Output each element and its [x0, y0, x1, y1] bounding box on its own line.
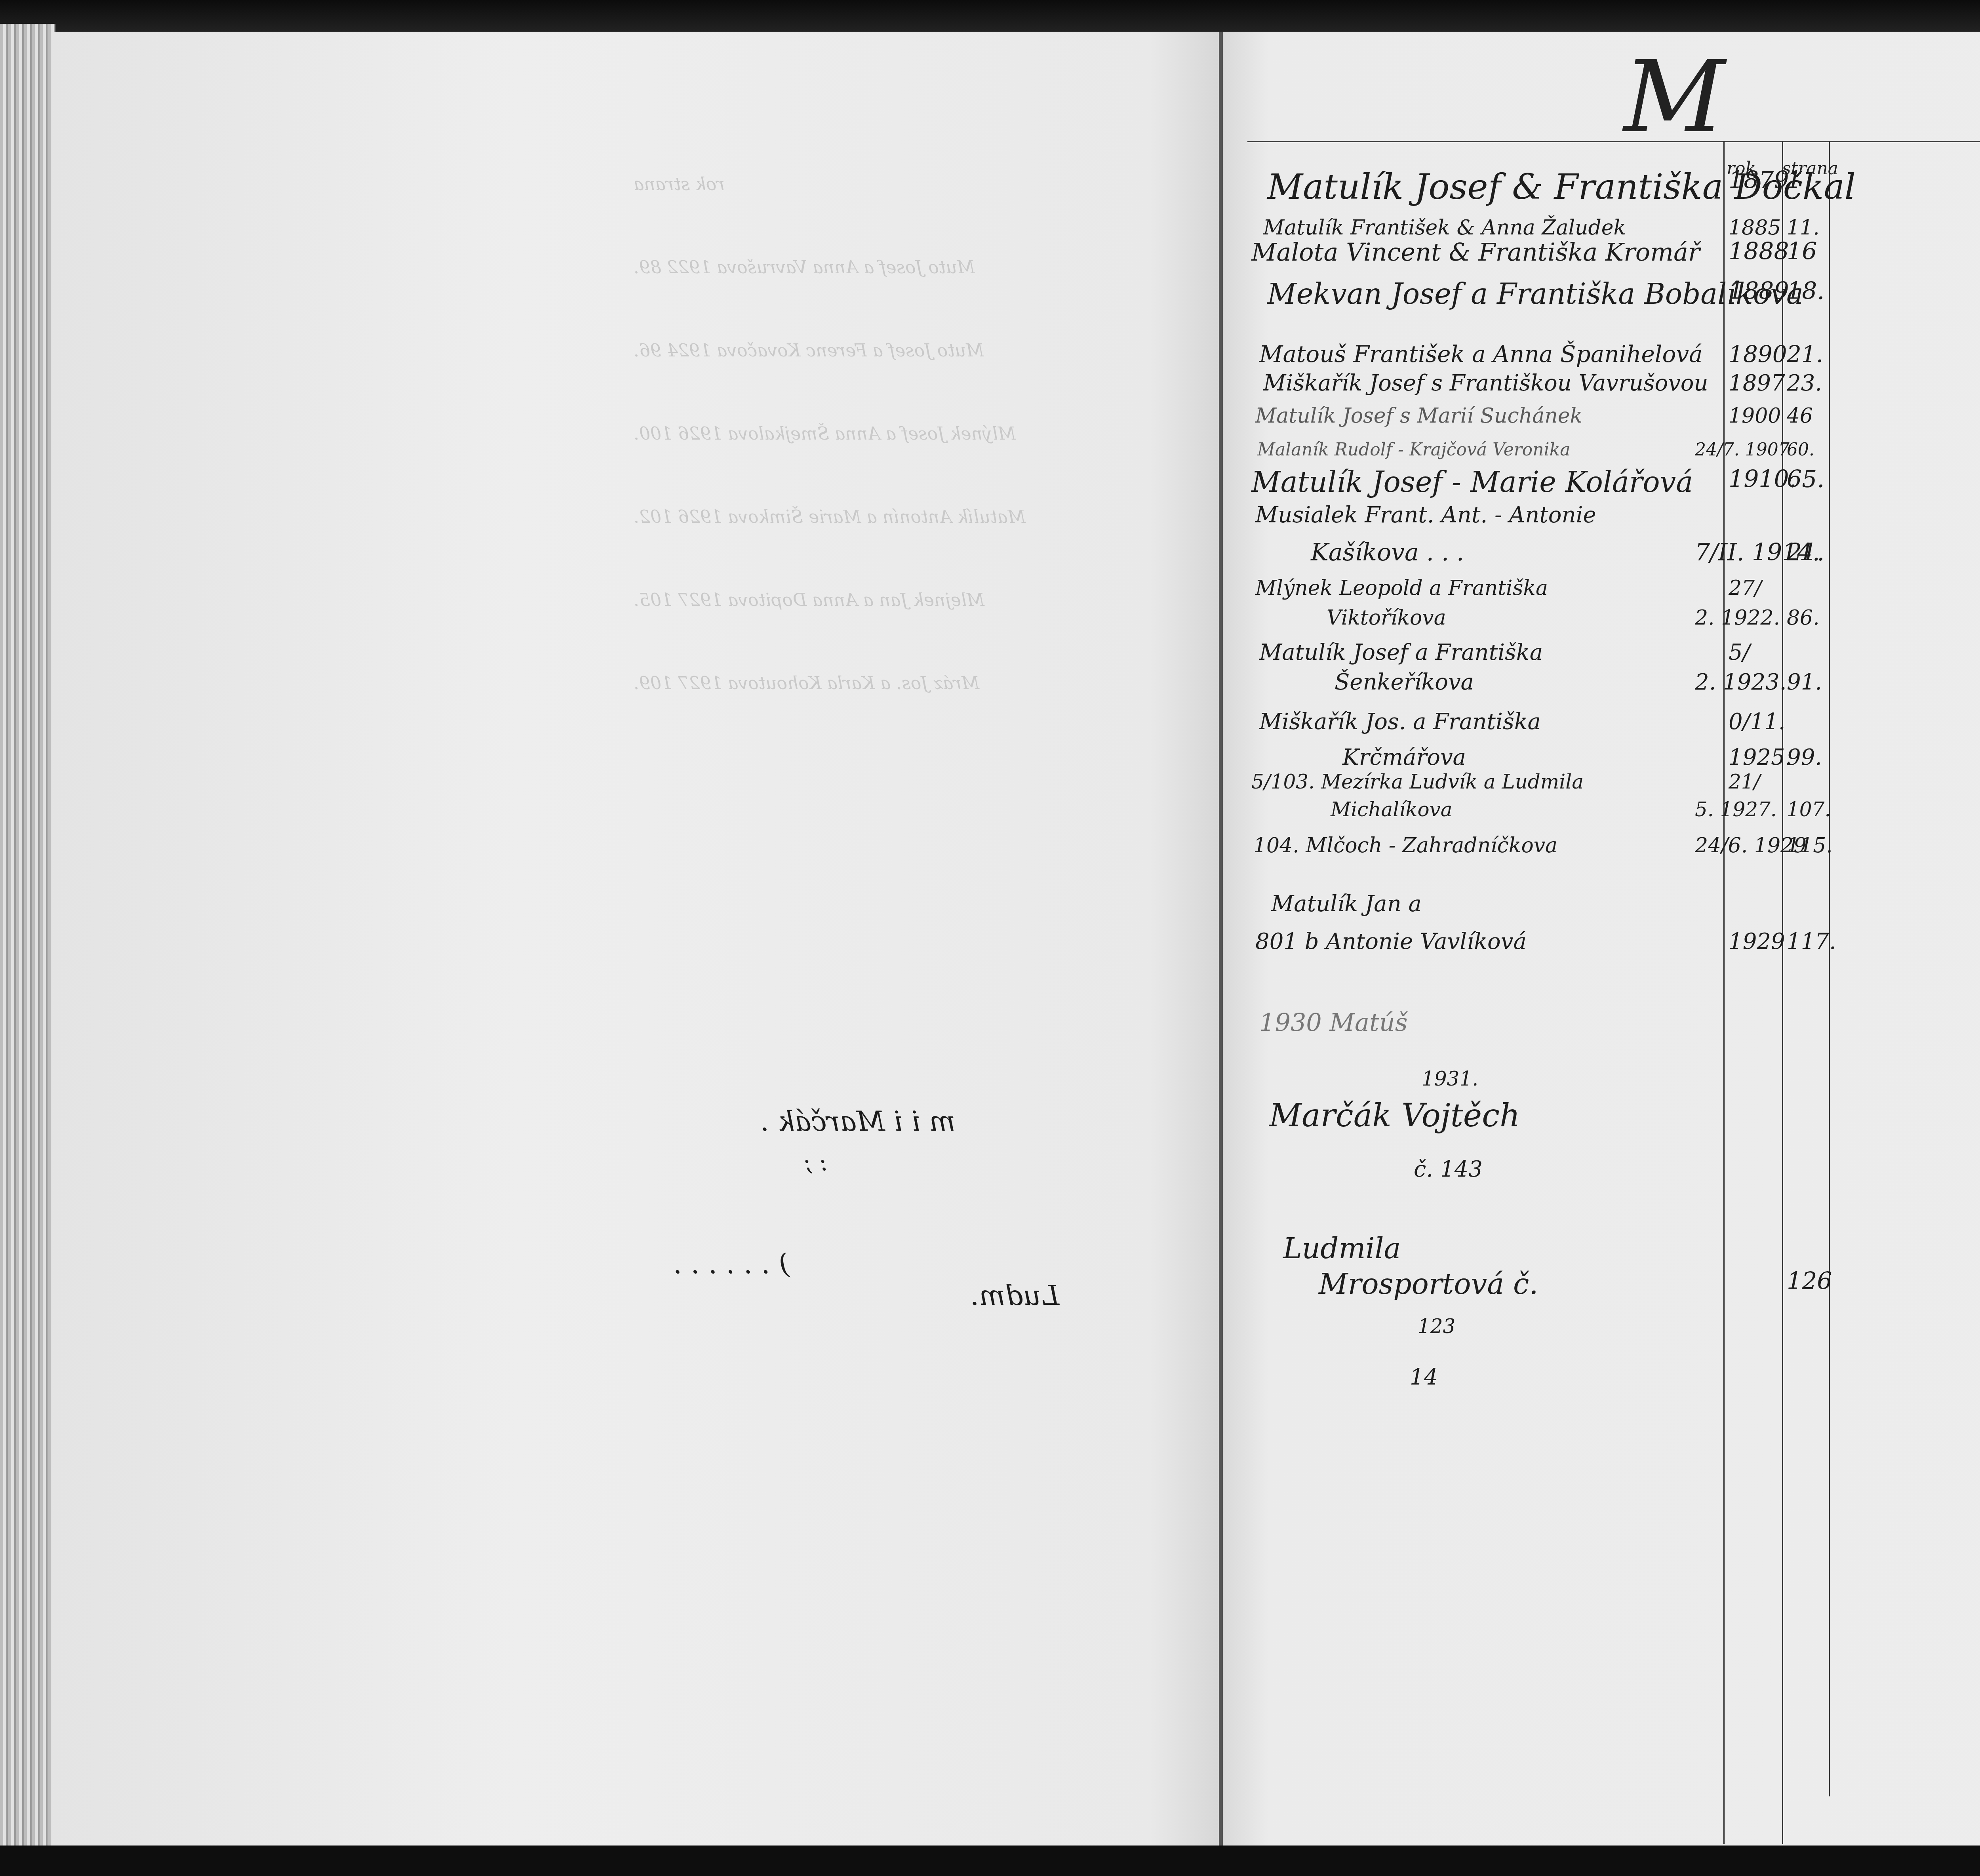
entry-page: 46 [1787, 404, 1813, 428]
entry-names: 5/103. Mezírka Ludvík a Ludmila [1251, 770, 1584, 793]
entry-year: 2. 1922. [1695, 606, 1780, 630]
show-through-text: Muto Josef a Anna Vavrušova 1922 89. [634, 257, 975, 278]
entry-names: Mrosportová č. [1319, 1267, 1538, 1301]
entry-names: Miškařík Josef s Františkou Vavrušovou [1263, 370, 1708, 396]
index-letter-heading: M [1624, 48, 1725, 147]
entry-year: 5. 1927. [1695, 798, 1777, 821]
left-page [51, 32, 1220, 1846]
entry-page: 86. [1787, 606, 1820, 630]
entry-year: 1897 [1729, 370, 1785, 396]
page-stack-edge [0, 24, 55, 1846]
entry-names: 14 [1410, 1364, 1438, 1390]
entry-names: Matulík Jan a [1271, 891, 1422, 917]
show-through-text: Matulík Antonín a Marie Šimkova 1926 102… [634, 507, 1026, 527]
ink-offset-marks: : ; [804, 1148, 828, 1176]
entry-names: Miškařík Jos. a Františka [1259, 709, 1541, 735]
column-rule-page-left [1782, 141, 1783, 1844]
entry-page: 65. [1787, 465, 1824, 493]
show-through-text: Mráz Jos. a Karla Kohoutova 1927 109. [634, 673, 979, 693]
entry-page: 60. [1787, 440, 1814, 460]
entry-names: č. 143 [1414, 1156, 1483, 1182]
entry-names: Matulík Josef a Františka [1259, 640, 1543, 665]
entry-page: 107. [1787, 798, 1831, 821]
entry-page: 115. [1787, 834, 1833, 857]
entry-page: 16 [1787, 238, 1817, 265]
entry-year: 1888 [1729, 238, 1789, 265]
entry-year: 1889 [1729, 277, 1789, 305]
entry-names: Mekvan Josef a Františka Bobalíkova [1267, 277, 1803, 310]
entry-names: Malota Vincent & Františka Kromář [1251, 238, 1700, 267]
entry-names: 123 [1418, 1315, 1455, 1338]
entry-names: Michalíkova [1331, 798, 1453, 821]
column-rule-page-right [1829, 141, 1830, 1796]
entry-year: 5/ [1729, 640, 1750, 665]
ink-offset-marks: Ludm. [970, 1279, 1059, 1312]
entry-year: 1890 [1729, 341, 1787, 368]
book-gutter [1219, 32, 1223, 1846]
entry-names: Marčák Vojtěch [1269, 1097, 1520, 1134]
entry-names: Musialek Frant. Ant. - Antonie [1255, 502, 1596, 528]
entry-year: 21/ [1729, 770, 1760, 793]
entry-year: 2. 1923. [1695, 669, 1787, 695]
show-through-text: Mlýnek Josef a Anna Šmejkalova 1926 100. [634, 424, 1016, 444]
ink-offset-marks: ) . . . . . . [673, 1247, 790, 1280]
entry-names: 1931. [1422, 1067, 1478, 1090]
entry-names: Krčmářova [1342, 745, 1466, 770]
ink-offset-marks: m i i Marčák . [760, 1105, 956, 1137]
entry-year: 1885 [1729, 216, 1781, 240]
entry-year: 24/7. 1907 [1695, 440, 1790, 460]
entry-names: Matouš František a Anna Španihelová [1259, 341, 1703, 368]
entry-page: 18. [1787, 277, 1824, 305]
entry-page: 117. [1787, 929, 1836, 954]
entry-names: Matulík Josef - Marie Kolářová [1251, 465, 1693, 499]
show-through-text: rok strana [634, 174, 725, 194]
show-through-text: Mlejnek Jan a Anna Dopitova 1927 105. [634, 590, 984, 610]
entry-names: 801 b Antonie Vavlíková [1255, 929, 1527, 954]
entry-names: 1930 Matúš [1259, 1008, 1408, 1037]
entry-page: 23. [1787, 370, 1822, 396]
entry-names: Matulík František & Anna Žaludek [1263, 216, 1626, 240]
entry-year: 1925. [1729, 745, 1792, 770]
entry-year: 1929 [1729, 929, 1785, 954]
entry-page: 1 [1787, 166, 1802, 194]
entry-page: 126 [1787, 1267, 1832, 1295]
entry-names: Ludmila [1283, 1232, 1401, 1265]
entry-names: Viktoříkova [1327, 606, 1446, 630]
entry-year: 0/11. [1729, 709, 1786, 735]
entry-names: Malaník Rudolf - Krajčová Veronika [1257, 440, 1571, 460]
entry-year: 1879 [1729, 166, 1789, 194]
entry-names: 104. Mlčoch - Zahradníčkova [1253, 834, 1557, 857]
entry-page: 91. [1787, 669, 1822, 695]
entry-page: 99. [1787, 745, 1822, 770]
entry-year: 27/ [1729, 576, 1762, 600]
header-rule [1247, 141, 1980, 142]
entry-page: 21. [1787, 341, 1823, 368]
entry-year: 1900 [1729, 404, 1781, 428]
column-rule-year-left [1723, 141, 1725, 1844]
entry-page: 11. [1787, 216, 1820, 240]
entry-names: Matulík Josef s Marií Suchánek [1255, 404, 1582, 428]
entry-names: Kašíkova . . . [1311, 539, 1464, 566]
entry-names: Mlýnek Leopold a Františka [1255, 576, 1548, 600]
entry-page: 21. [1787, 539, 1824, 566]
show-through-text: Muto Josef a Ferenc Kovačova 1924 96. [634, 341, 984, 361]
entry-names: Šenkeříkova [1335, 669, 1474, 695]
book-cover-bottom [0, 1846, 1980, 1876]
entry-year: 1910. [1729, 465, 1797, 493]
